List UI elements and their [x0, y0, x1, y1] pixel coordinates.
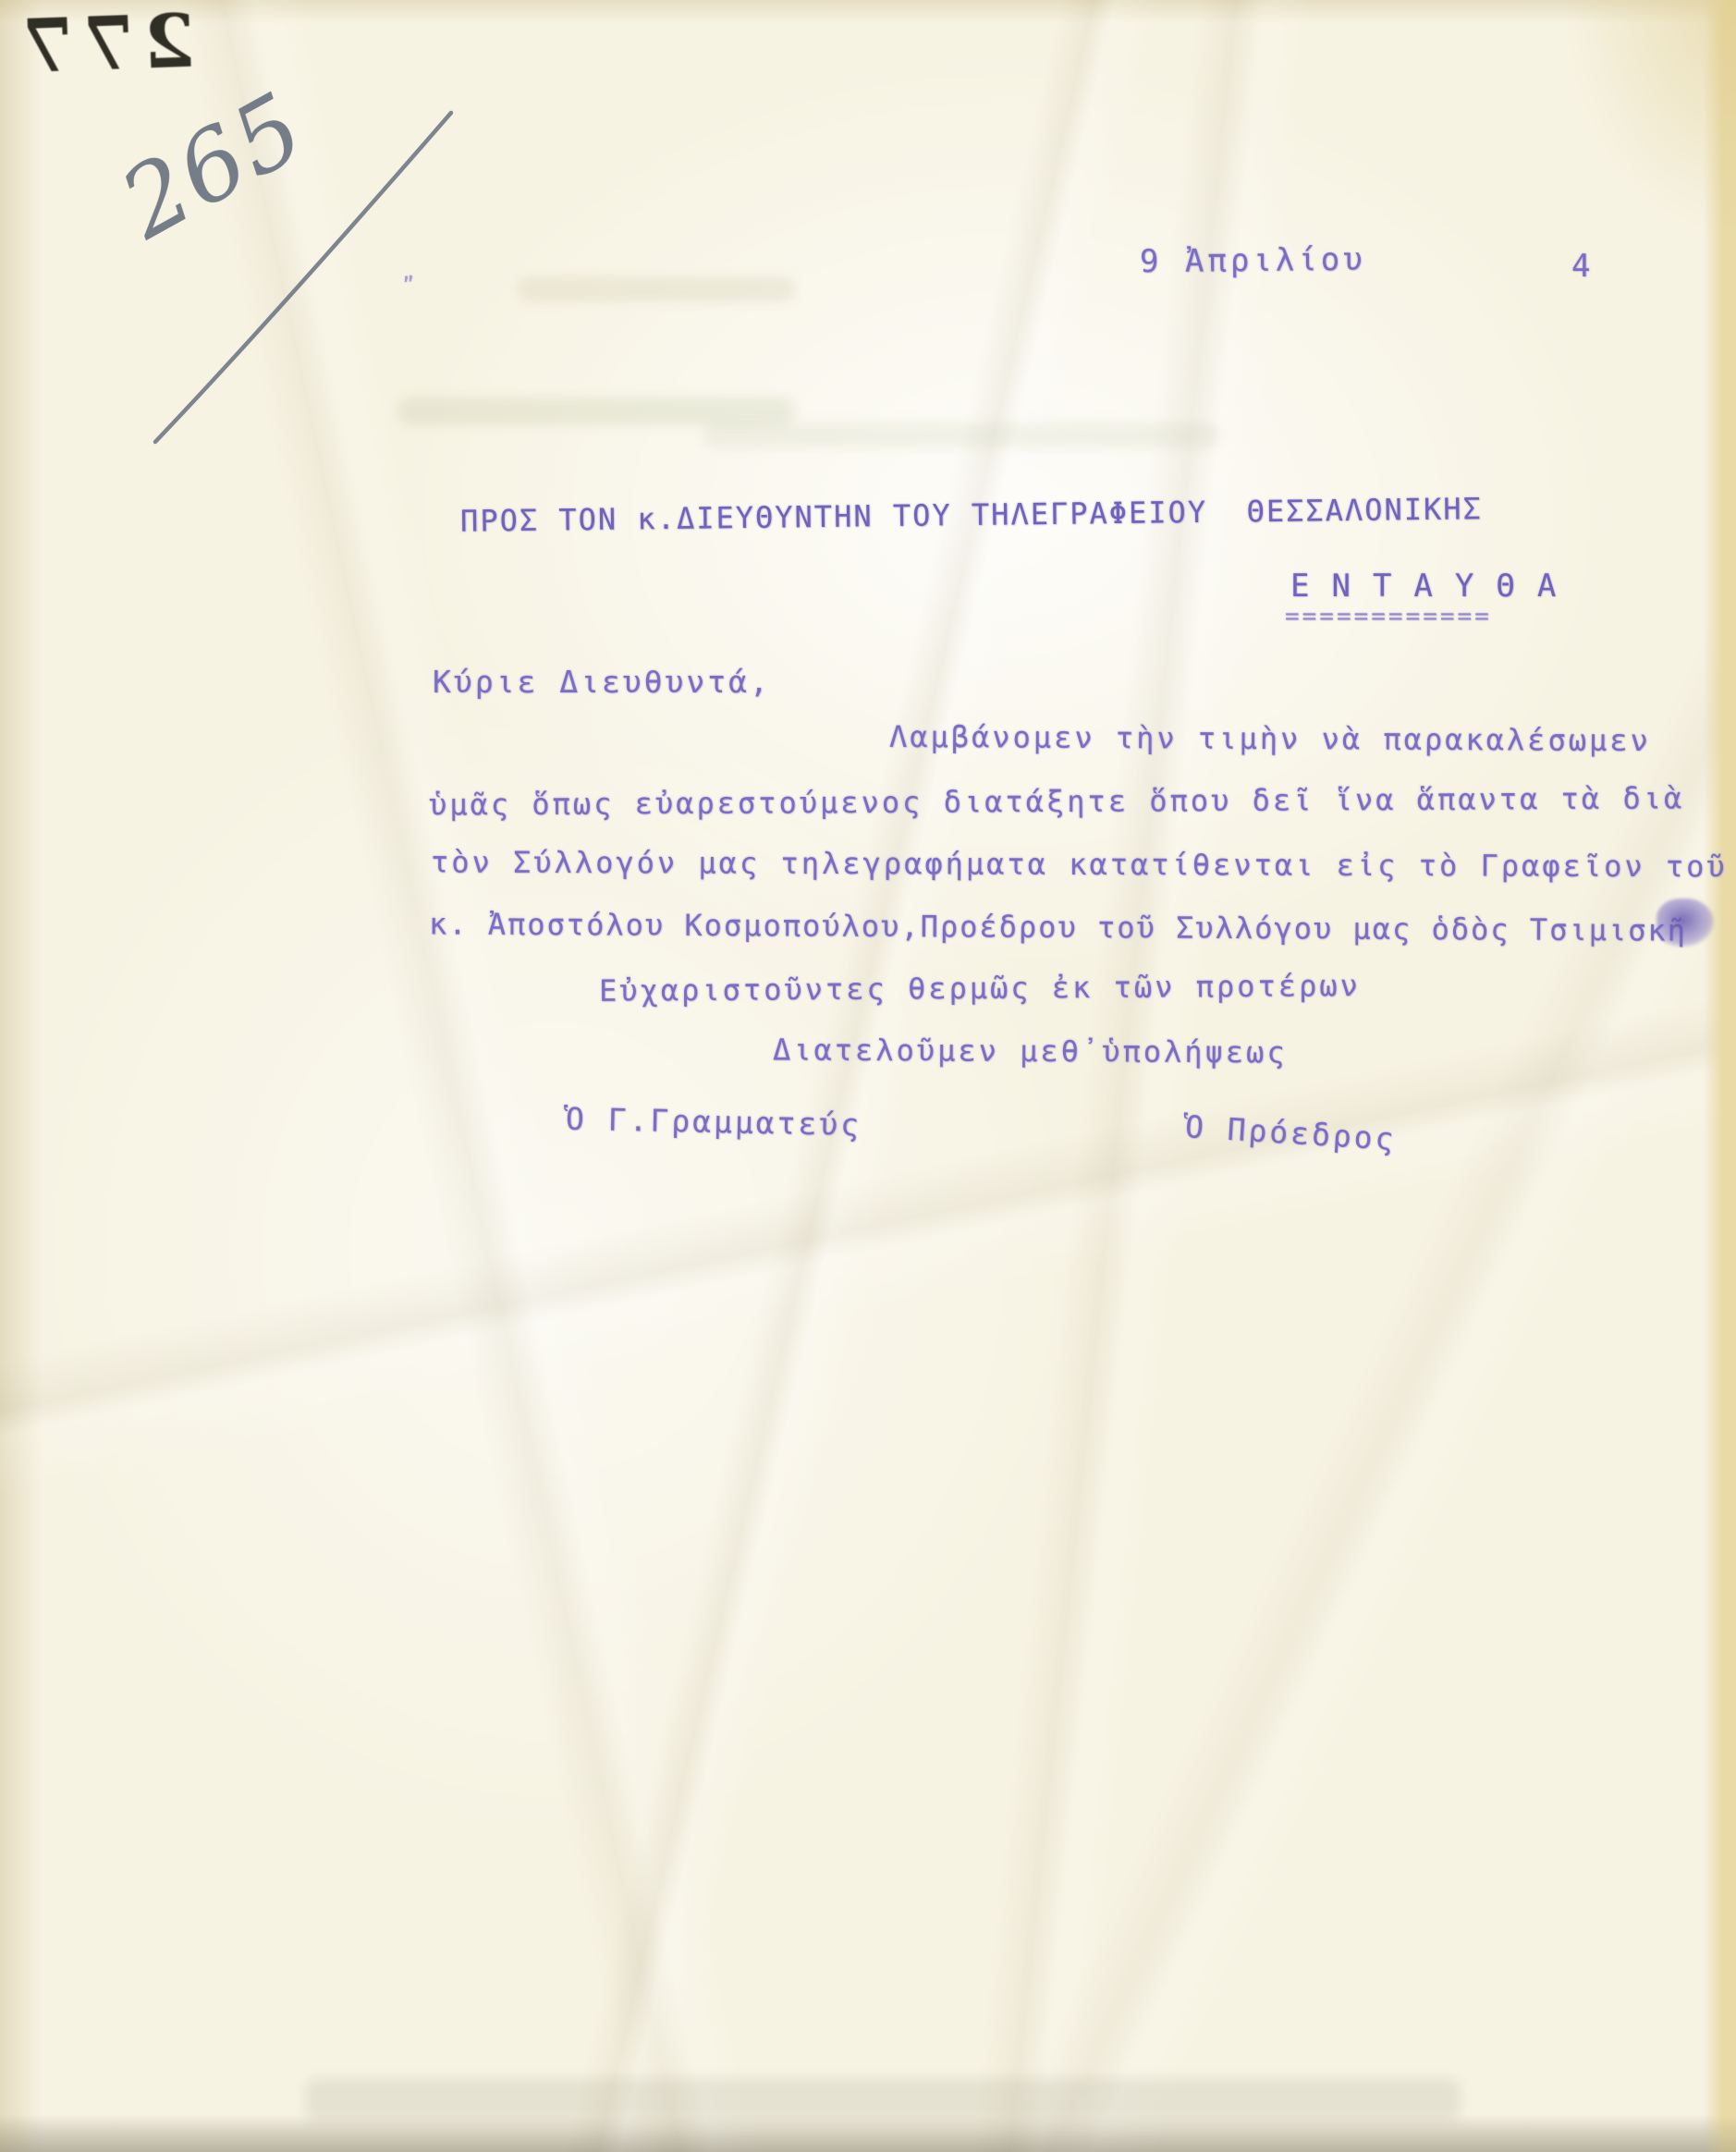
paper-bottom-smudge — [0, 2115, 1736, 2152]
ink-bleedthrough-smudge — [518, 277, 795, 301]
closing-line-regards: Διατελοῦμεν μεθ᾽ὑπολήψεως — [773, 1033, 1288, 1070]
ink-bleedthrough-smudge — [397, 397, 795, 425]
date-line: 9 Ἀπριλίου — [1140, 241, 1366, 281]
ink-bleedthrough-smudge — [305, 2078, 1461, 2121]
signature-president-caption: Ὁ Πρόεδρος — [1184, 1108, 1398, 1157]
letter-page: 277 265 9 Ἀπριλίου 4 ΠΡΟΣ ΤΟΝ κ.ΔΙΕΥΘΥΝΤ… — [0, 0, 1736, 2152]
paper-edge-right — [1703, 0, 1736, 2152]
stray-ink-mark: ” — [401, 273, 417, 298]
signature-secretary-caption: Ὁ Γ.Γραμματεύς — [566, 1101, 862, 1143]
body-line-1: Λαμβάνομεν τὴν τιμὴν νὰ παρακαλέσωμεν — [889, 719, 1651, 758]
salutation: Κύριε Διευθυντά, — [433, 664, 771, 700]
paper-corner-shade — [1560, 0, 1736, 240]
delivery-line: ΕΝΤΑΥΘΑ — [1290, 568, 1578, 605]
body-line-3: τὸν Σύλλογόν μας τηλεγραφήματα κατατίθεν… — [431, 845, 1728, 885]
body-line-2: ὑμᾶς ὅπως εὐαρεστούμενος διατάξητε ὅπου … — [429, 780, 1684, 822]
closing-line-thanks: Εὐχαριστοῦντες θερμῶς ἐκ τῶν προτέρων — [599, 968, 1361, 1009]
body-line-4: κ. Ἀποστόλου Κοσμοπούλου,Προέδρου τοῦ Συ… — [429, 906, 1687, 948]
ink-bleedthrough-smudge — [703, 423, 1220, 447]
delivery-underline: ============ — [1285, 603, 1492, 630]
date-year-digit: 4 — [1571, 248, 1590, 285]
recipient-line: ΠΡΟΣ ΤΟΝ κ.ΔΙΕΥΘΥΝΤΗΝ ΤΟΥ ΤΗΛΕΓΡΑΦΕΙΟΥ Θ… — [460, 491, 1483, 539]
page-number-stamp: 277 — [11, 0, 196, 90]
filing-number-handwritten: 265 — [103, 70, 323, 261]
